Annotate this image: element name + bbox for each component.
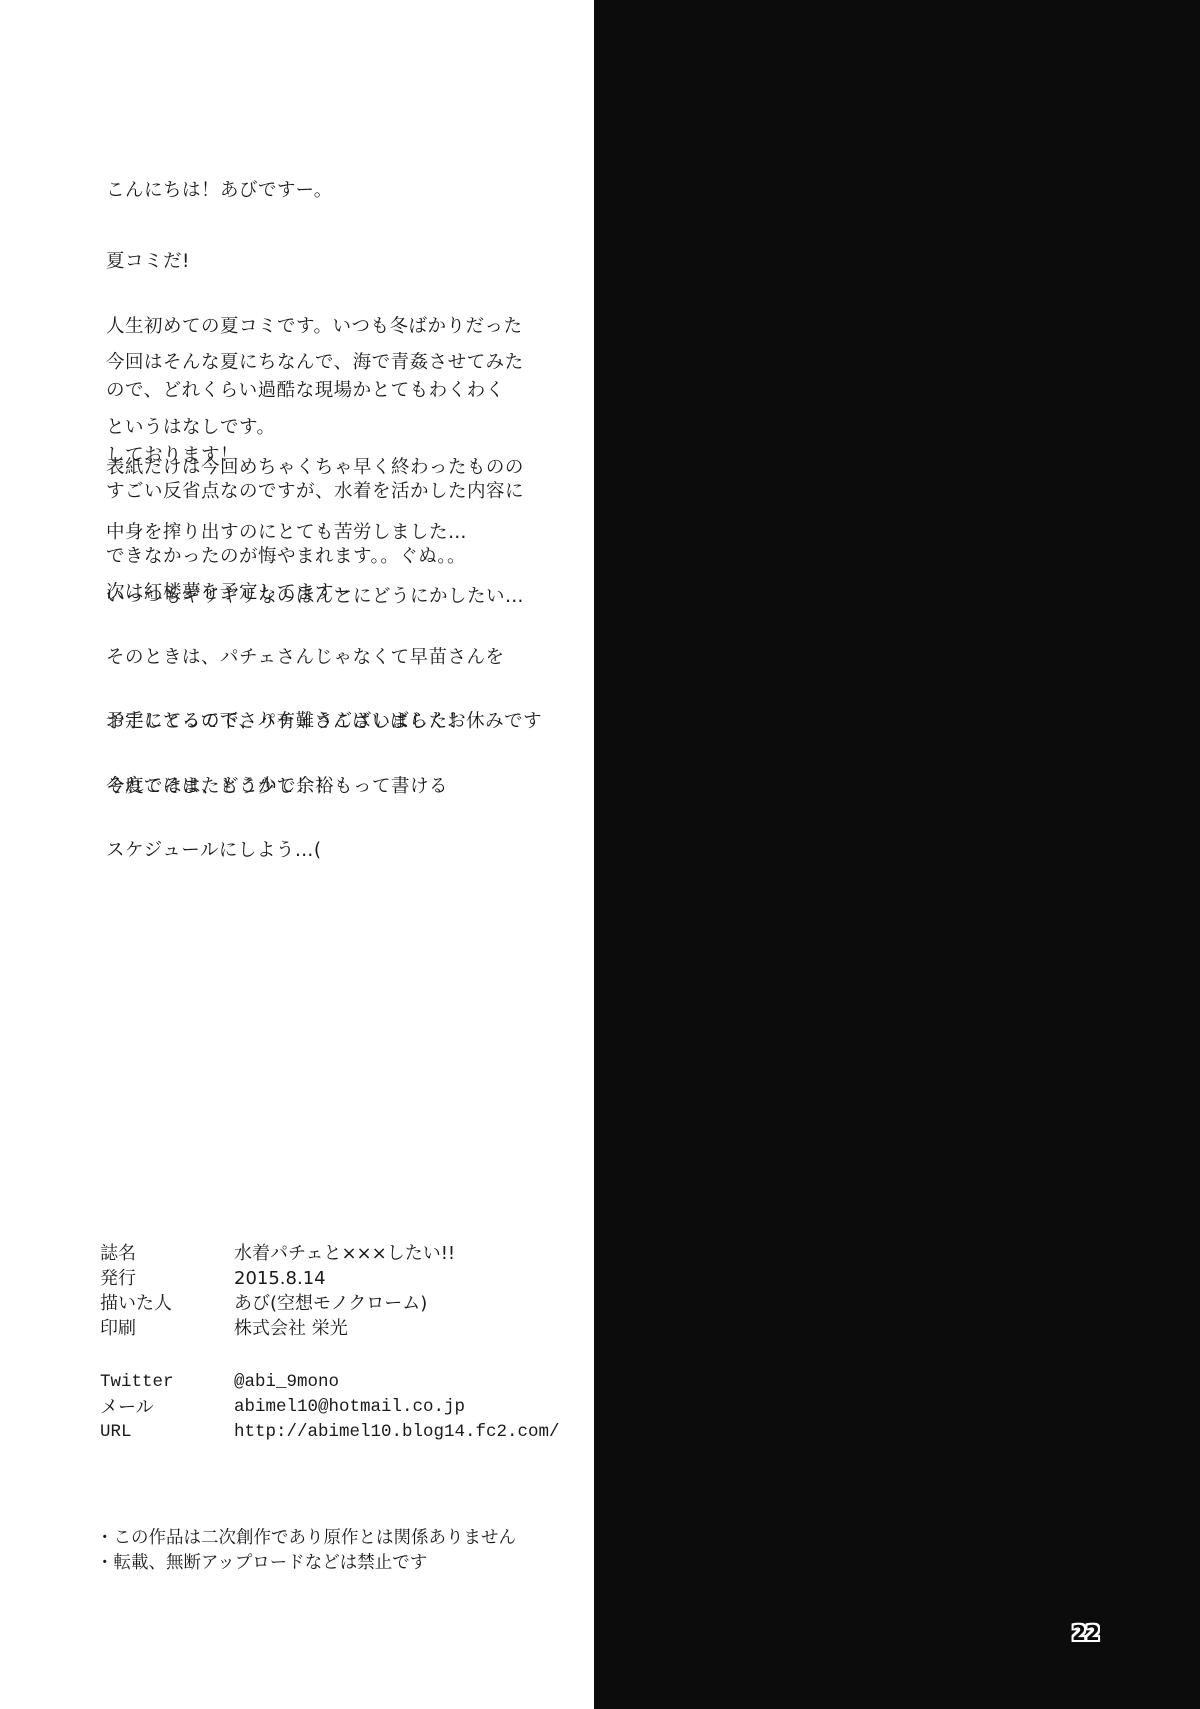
text-line: 表紙だけは今回めちゃくちゃ早く終わったものの [106,457,524,479]
contact-key: Twitter [100,1370,228,1395]
contact-row-url: URL http://abimel10.blog14.fc2.com/ [100,1420,560,1445]
contact-key: URL [100,1420,228,1445]
contact-row-twitter: Twitter @abi_9mono [100,1370,560,1395]
colophon-key: 誌名 [100,1241,228,1266]
note-line: ・この作品は二次創作であり原作とは関係ありません [96,1526,516,1551]
colophon-row-date: 発行 2015.8.14 [100,1266,455,1291]
colophon-row-printer: 印刷 株式会社 栄光 [100,1316,455,1341]
text-line: それではまたどこかで！！ [106,776,467,798]
colophon-value: 2015.8.14 [228,1266,326,1291]
text-line: 次は紅楼夢を予定してますー [106,582,542,604]
contact-key: メール [100,1395,228,1420]
page-number: 22 [1072,1621,1100,1645]
contact-row-email: メール abimel10@hotmail.co.jp [100,1395,560,1420]
text-line: そのときは、パチェさんじゃなくて早苗さんを [106,647,542,669]
text-line: 今回はそんな夏にちなんで、海で青姦させてみた [106,352,524,374]
colophon-value: 水着パチェと×××したい!! [228,1241,455,1266]
colophon-key: 描いた人 [100,1291,228,1316]
url-link[interactable]: http://abimel10.blog14.fc2.com/ [228,1420,560,1445]
note-line: ・転載、無断アップロードなどは禁止です [96,1551,516,1576]
colophon-key: 発行 [100,1266,228,1291]
colophon-row-title: 誌名 水着パチェと×××したい!! [100,1241,455,1266]
text-line: お手にとって下さり有難うございました！ [106,711,467,733]
colophon: 誌名 水着パチェと×××したい!! 発行 2015.8.14 描いた人 あび(空… [100,1241,455,1341]
text-line: 夏コミだ! [106,251,523,273]
contacts: Twitter @abi_9mono メール abimel10@hotmail.… [100,1370,560,1445]
colophon-value: 株式会社 栄光 [228,1316,348,1341]
notes: ・この作品は二次創作であり原作とは関係ありません ・転載、無断アップロードなどは… [96,1526,516,1576]
text-line: スケジュールにしよう…( [106,840,542,862]
text-line: こんにちは！あびですー。 [106,180,333,202]
twitter-handle[interactable]: @abi_9mono [228,1370,339,1395]
colophon-value: あび(空想モノクローム) [228,1291,427,1316]
colophon-key: 印刷 [100,1316,228,1341]
colophon-row-author: 描いた人 あび(空想モノクローム) [100,1291,455,1316]
email-link[interactable]: abimel10@hotmail.co.jp [228,1395,465,1420]
paragraph-thanks: お手にとって下さり有難うございました！ それではまたどこかで！！ [106,668,467,819]
black-panel [594,0,1200,1709]
